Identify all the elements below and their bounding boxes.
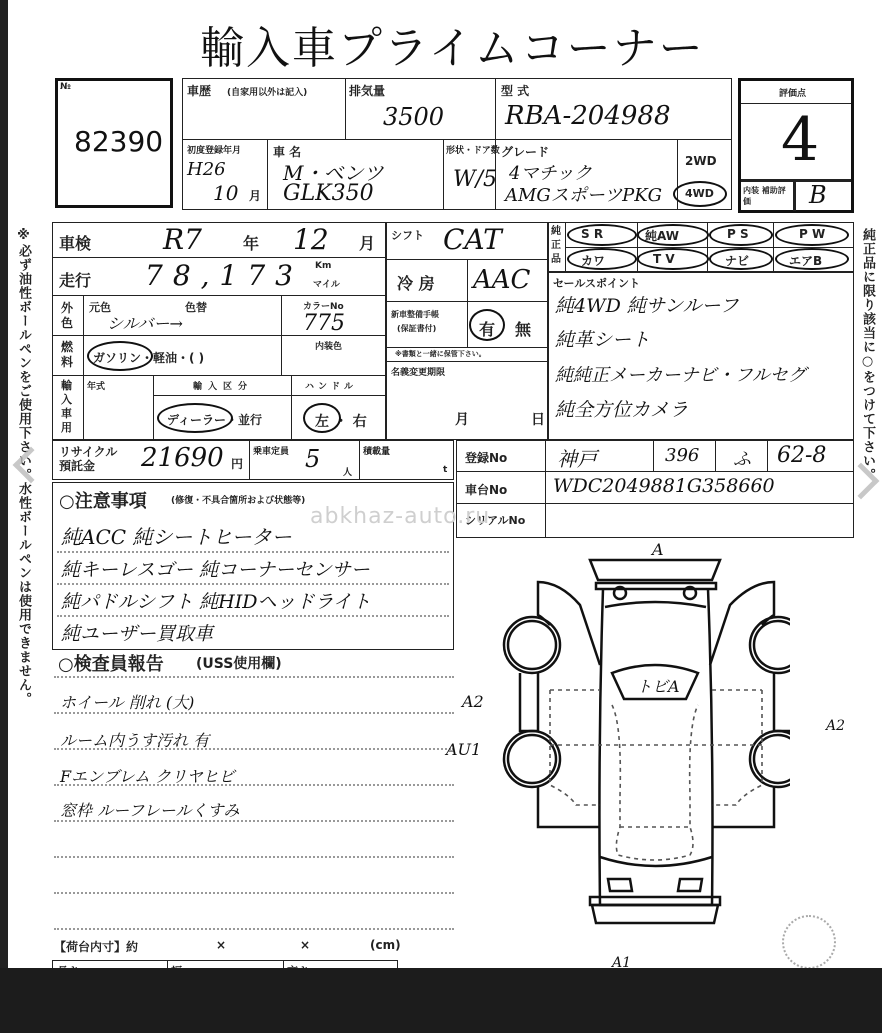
grade-label: グレード — [501, 143, 549, 160]
lot-box: № 82390 — [55, 78, 173, 208]
load-label: 積載量 — [363, 444, 390, 457]
viewer-bottom-bar — [0, 968, 882, 1033]
sales-point-line: 純全方位カメラ — [555, 395, 688, 422]
equip-circle — [637, 224, 709, 246]
sales-point-line: 純革シート — [555, 325, 650, 352]
color-change-label: 色替 — [185, 299, 207, 315]
chassis-label: 車台No — [465, 481, 507, 498]
cargo-x2: × — [300, 938, 310, 952]
cargo-unit: (cm) — [370, 938, 401, 952]
warranty-sublabel: (保証書付) — [397, 323, 436, 334]
capacity-unit: 人 — [343, 465, 352, 478]
vehicle-header-grid: 車歴 (自家用以外は記入) 排気量 3500 型 式 RBA-204988 初度… — [182, 78, 732, 210]
aircon-label: 冷 房 — [397, 271, 435, 294]
damage-mark: A2 — [462, 692, 484, 711]
recycle-label: リサイクル預託金 — [59, 445, 129, 473]
model-code-value: RBA-204988 — [505, 101, 671, 131]
mileage-unit-km: Km — [315, 261, 331, 271]
exterior-color-value: シルバー→ — [107, 311, 183, 334]
history-sublabel: (自家用以外は記入) — [227, 85, 307, 98]
color-no-value: 775 — [303, 311, 345, 336]
vehicle-detail-grid: 車検 R7 年 12 月 走行 78,173 Km マイル 外色 元色 色替 シ… — [52, 222, 386, 440]
mileage-unit-mile: マイル — [313, 277, 340, 290]
registration-class: 396 — [665, 445, 699, 466]
first-reg-year: H26 — [187, 159, 226, 180]
first-reg-label: 初度登録年月 — [187, 143, 241, 156]
registration-grid: 登録No 神戸 396 ふ 62-8 車台No WDC2049881G35866… — [456, 440, 854, 538]
name-change-day: 日 — [531, 409, 545, 429]
import-type-selected-circle — [157, 403, 233, 433]
damage-mark: トビA — [636, 674, 680, 697]
name-change-month: 月 — [455, 409, 469, 429]
inspection-year-unit: 年 — [243, 231, 259, 254]
notes-sublabel: (修復・不具合箇所および状態等) — [171, 493, 305, 506]
grade-line2: AMGスポーツPKG — [505, 181, 662, 207]
cargo-label: 【荷台内寸】約 — [54, 938, 138, 955]
drive-2wd: 2WD — [685, 154, 717, 168]
drive-selected-circle — [673, 181, 727, 207]
equip-circle — [709, 248, 773, 270]
inspector-line: ホイール 削れ (大) — [60, 690, 194, 713]
equip-circle — [775, 224, 849, 246]
inspector-line: 窓枠 ルーフレールくすみ — [60, 798, 239, 821]
cargo-x1: × — [216, 938, 226, 952]
sales-point-line: 純純正メーカーナビ・フルセグ — [555, 361, 806, 387]
shift-aircon-grid: シフト CAT 冷 房 AAC 新車整備手帳 (保証書付) 有 無 ※書類と一緒… — [386, 222, 548, 440]
damage-mark: A2 — [826, 718, 845, 734]
lot-label: № — [60, 82, 71, 92]
watermark: abkhaz-auto.ru — [310, 504, 490, 529]
equip-circle — [709, 224, 773, 246]
lot-number: 82390 — [74, 125, 163, 158]
inspection-era: R7 — [163, 223, 202, 256]
equip-circle — [567, 224, 637, 246]
spare-tire-circle — [782, 915, 836, 969]
displacement-value: 3500 — [383, 103, 444, 131]
handle-label: ハンドル — [305, 379, 357, 392]
equip-circle — [637, 248, 709, 270]
capacity-value: 5 — [305, 445, 320, 473]
fuel-selected-circle — [87, 341, 153, 371]
capacity-label: 乗車定員 — [253, 444, 289, 457]
score-value: 4 — [781, 105, 819, 175]
interior-color-label: 内装色 — [315, 339, 342, 352]
car-name-line2: GLK350 — [283, 181, 374, 206]
equipment-label: 純正品 — [551, 225, 563, 267]
interior-score-value: B — [809, 181, 827, 209]
registration-number: 62-8 — [777, 443, 826, 468]
registration-kana: ふ — [733, 445, 751, 471]
shift-value: CAT — [443, 223, 502, 256]
exterior-color-label: 外色 — [61, 301, 75, 331]
score-label: 評価点 — [779, 86, 806, 99]
equip-circle — [775, 248, 849, 270]
registration-region: 神戸 — [557, 443, 597, 472]
note-line: 純ユーザー買取車 — [61, 619, 213, 646]
load-unit: t — [443, 465, 447, 475]
warranty-no: 無 — [515, 317, 531, 340]
inspector-line: Fエンブレム クリヤヒビ — [60, 764, 235, 787]
body-doors-label: 形状・ドア数 — [446, 143, 500, 156]
inspection-month-unit: 月 — [359, 231, 375, 254]
fuel-label: 燃料 — [61, 340, 75, 370]
registration-label: 登録No — [465, 449, 507, 466]
model-code-label: 型 式 — [501, 82, 529, 99]
warranty-label: 新車整備手帳 — [391, 309, 439, 320]
mileage-label: 走行 — [59, 268, 91, 291]
shift-label: シフト — [391, 227, 424, 243]
sales-point-line: 純4WD 純サンルーフ — [555, 291, 739, 318]
body-doors-value: W/5 — [453, 167, 497, 192]
recycle-row: リサイクル預託金 21690 円 乗車定員 5 人 積載量 t — [52, 440, 454, 480]
name-change-label: 名義変更期限 — [391, 365, 445, 378]
page-title: 輸入車プライムコーナー — [200, 12, 705, 76]
equip-circle — [567, 248, 637, 270]
inspector-line: ルーム内うす汚れ 有 — [60, 728, 209, 751]
damage-mark: AU1 — [446, 740, 481, 759]
import-label: 輸入車用 — [61, 379, 75, 435]
damage-mark: A — [652, 540, 664, 559]
score-box: 評価点 4 内装 補助評価 B — [738, 78, 854, 213]
recycle-unit: 円 — [231, 455, 243, 472]
note-line: 純キーレスゴー 純コーナーセンサー — [61, 555, 370, 582]
scan-edge — [0, 0, 8, 1033]
notes-label: ○注意事項 — [59, 487, 147, 513]
first-reg-month-unit: 月 — [249, 187, 261, 204]
history-label: 車歴 — [187, 82, 211, 99]
recycle-value: 21690 — [141, 443, 224, 473]
import-year-label: 年式 — [87, 379, 105, 392]
displacement-label: 排気量 — [349, 82, 385, 99]
note-line: 純パドルシフト 純HIDヘッドライト — [61, 587, 371, 614]
interior-score-label: 内装 補助評価 — [743, 185, 791, 207]
warranty-note: ※書類と一緒に保管下さい。 — [395, 349, 486, 359]
first-reg-month: 10 — [213, 181, 238, 205]
warranty-selected-circle — [469, 309, 505, 341]
equipment-grid: 純正品 S R 純AW P S P W カワ T V ナビ エアB — [548, 222, 854, 272]
sales-points-box: セールスポイント 純4WD 純サンルーフ 純革シート 純純正メーカーナビ・フルセ… — [548, 272, 854, 440]
inspector-sublabel: (USS使用欄) — [196, 653, 282, 673]
aircon-value: AAC — [473, 265, 530, 295]
car-damage-diagram — [490, 545, 790, 955]
inspection-month: 12 — [293, 223, 329, 256]
inspection-label: 車検 — [59, 231, 91, 254]
chassis-value: WDC2049881G358660 — [553, 475, 775, 497]
handle-selected-circle — [303, 403, 341, 433]
note-line: 純ACC 純シートヒーター — [61, 521, 292, 550]
mileage-value: 78,173 — [145, 259, 303, 292]
side-instruction-left: ※必ず油性ボールペンをご使用下さい。水性ボールペンは使用できません。 — [14, 228, 33, 768]
import-type-label: 輸入区分 — [193, 379, 253, 392]
inspector-label: ○検査員報告 — [58, 650, 164, 676]
sales-points-label: セールスポイント — [553, 275, 640, 291]
